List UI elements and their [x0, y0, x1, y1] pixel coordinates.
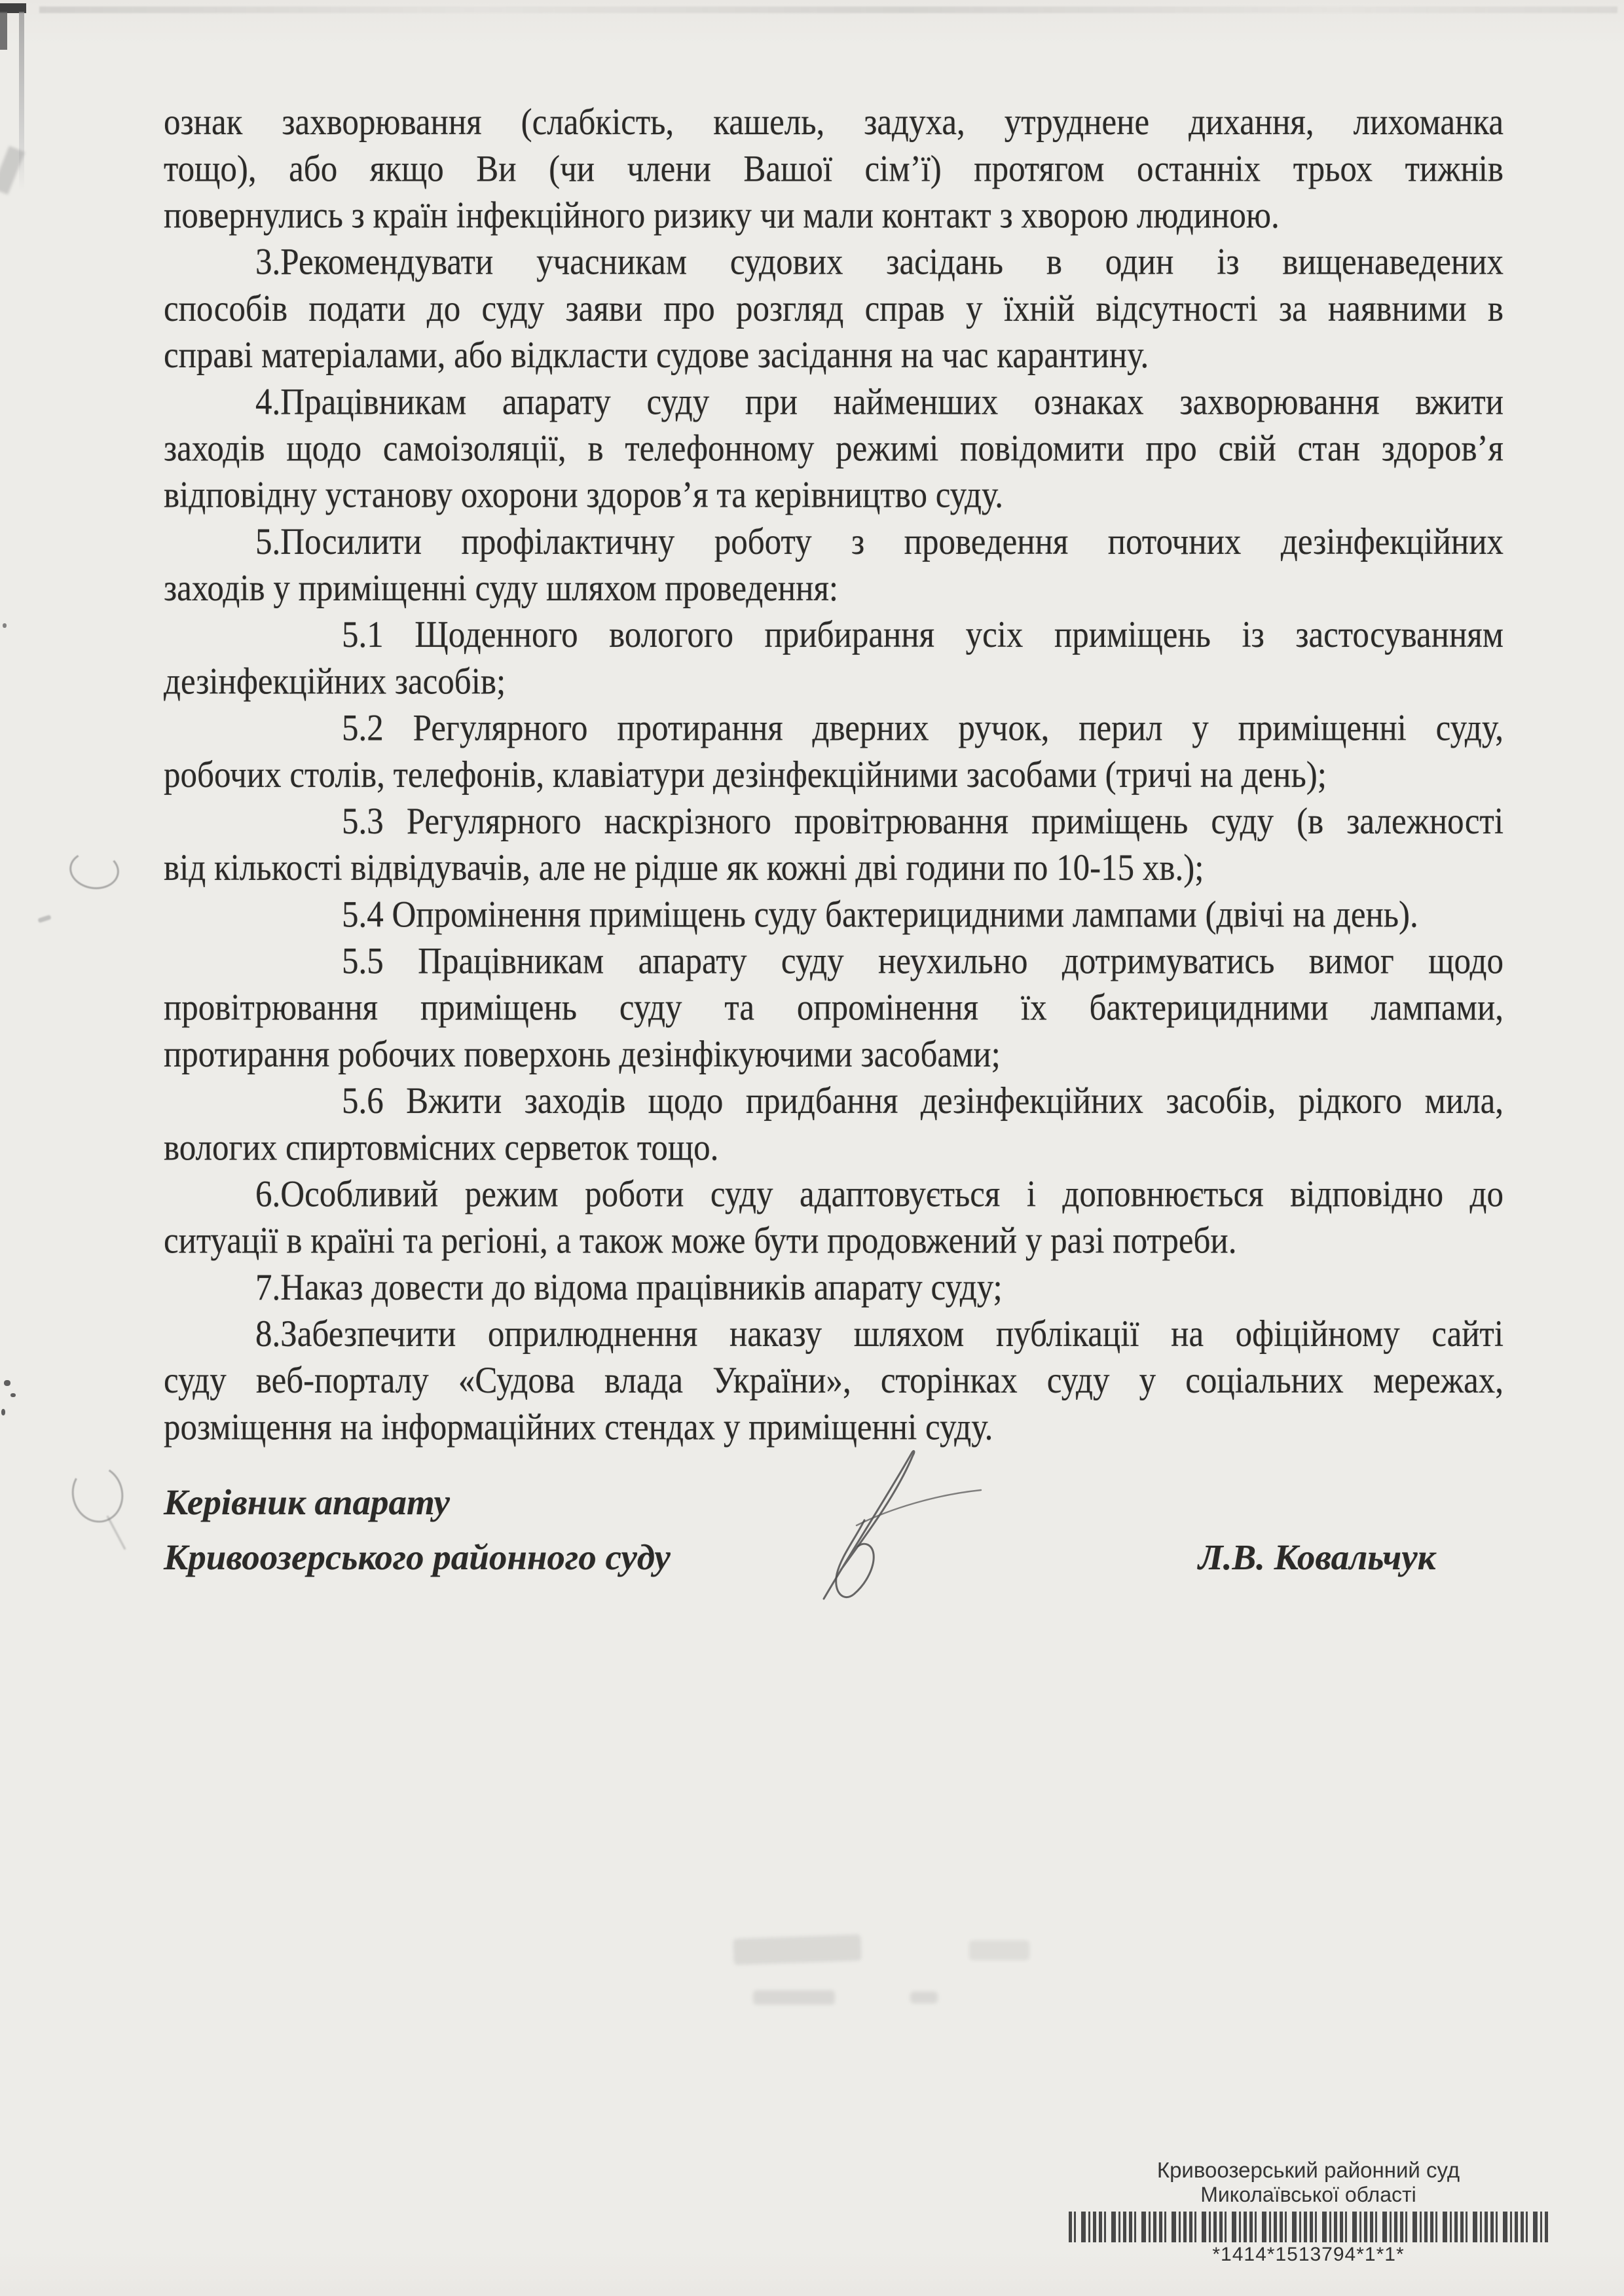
stamp-region: Миколаївської області [1066, 2183, 1551, 2206]
text-line: суду веб-порталу «Судова влада України»,… [164, 1358, 1504, 1404]
ink-speck [3, 623, 7, 628]
text-line: відповідну установу охорони здоров’я та … [164, 473, 1504, 519]
text-line: 5.3 Регулярного наскрізного провітрюванн… [164, 799, 1504, 845]
text-line: дезінфекційних засобів; [164, 659, 1504, 705]
text-line: 5.1 Щоденного вологого прибирання усіх п… [164, 612, 1504, 659]
ink-speck [1, 1409, 5, 1415]
scan-edge-streak [39, 7, 1617, 13]
text-line: 6.Особливий режим роботи суду адаптовуєт… [164, 1171, 1504, 1218]
text-line: ситуації в країні та регіоні, а також мо… [164, 1218, 1504, 1265]
barcode-value: *1414*1513794*1*1* [1066, 2244, 1551, 2266]
text-line: 3.Рекомендувати учасникам судових засіда… [164, 240, 1504, 286]
text-line: від кількості відвідувачів, але не рідше… [164, 845, 1504, 892]
scanned-court-order-page: ознак захворювання (слабкість, кашель, з… [0, 0, 1624, 2296]
text-line: 8.Забезпечити оприлюднення наказу шляхом… [164, 1311, 1504, 1358]
text-line: способів подати до суду заяви про розгля… [164, 286, 1504, 333]
text-line: 5.Посилити профілактичну роботу з провед… [164, 519, 1504, 566]
ghost-stamp-mark [969, 1941, 1029, 1960]
text-line: провітрювання приміщень суду та опроміне… [164, 985, 1504, 1032]
registration-stamp: Кривоозерський районний суд Миколаївсько… [1066, 2158, 1551, 2266]
ink-speck [4, 1380, 10, 1386]
text-line: 7.Наказ довести до відома працівників ап… [164, 1265, 1504, 1311]
paragraph: 7.Наказ довести до відома працівників ап… [164, 1265, 1504, 1311]
scan-artifact-scratch [37, 915, 51, 923]
text-line: протирання робочих поверхонь дезінфікуюч… [164, 1032, 1504, 1078]
text-line: повернулись з країн інфекційного ризику … [164, 192, 1504, 239]
text-line: ознак захворювання (слабкість, кашель, з… [164, 100, 1504, 146]
text-line: 4.Працівникам апарату суду при найменших… [164, 379, 1504, 426]
signatory-role: Керівник апарату [164, 1475, 884, 1530]
paragraph: 5.2 Регулярного протирання дверних ручок… [164, 705, 1504, 798]
ink-speck [10, 1393, 16, 1397]
paragraph: 4.Працівникам апарату суду при найменших… [164, 379, 1504, 519]
paragraph: 3.Рекомендувати учасникам судових засіда… [164, 240, 1504, 380]
text-line: 5.2 Регулярного протирання дверних ручок… [164, 705, 1504, 752]
text-line: вологих спиртовмісних серветок тощо. [164, 1125, 1504, 1171]
signatory-court: Кривоозерського районного суду [164, 1530, 884, 1585]
text-line: заходів щодо самоізоляції, в телефонному… [164, 426, 1504, 472]
text-line: справі матеріалами, або відкласти судове… [164, 333, 1504, 379]
barcode [1069, 2212, 1548, 2242]
text-line: 5.4 Опромінення приміщень суду бактерици… [164, 892, 1504, 938]
paragraph: 5.6 Вжити заходів щодо придбання дезінфе… [164, 1078, 1504, 1171]
text-line: 5.5 Працівникам апарату суду неухильно д… [164, 938, 1504, 985]
document-body: ознак захворювання (слабкість, кашель, з… [164, 100, 1504, 1451]
paragraph: 5.Посилити профілактичну роботу з провед… [164, 519, 1504, 612]
ghost-stamp-mark [910, 1992, 938, 2003]
signature-block: Керівник апарату Кривоозерського районно… [164, 1475, 884, 1585]
punch-hole-tail-mark [107, 1516, 126, 1550]
text-line: робочих столів, телефонів, клавіатури де… [164, 752, 1504, 799]
paragraph: 5.1 Щоденного вологого прибирання усіх п… [164, 612, 1504, 705]
signatory-name: Л.В. Ковальчук [1198, 1530, 1436, 1585]
text-line: 5.6 Вжити заходів щодо придбання дезінфе… [164, 1078, 1504, 1125]
paragraph: 5.5 Працівникам апарату суду неухильно д… [164, 938, 1504, 1078]
paragraph: 6.Особливий режим роботи суду адаптовуєт… [164, 1171, 1504, 1264]
paragraph: 5.4 Опромінення приміщень суду бактерици… [164, 892, 1504, 938]
paragraph: ознак захворювання (слабкість, кашель, з… [164, 100, 1504, 240]
scan-artifact-corner-sliver [0, 12, 7, 50]
text-line: заходів у приміщенні суду шляхом проведе… [164, 566, 1504, 612]
text-line: тощо), або якщо Ви (чи члени Вашої сім’ї… [164, 146, 1504, 192]
handwritten-signature [799, 1427, 1015, 1643]
punch-hole-top [67, 848, 121, 892]
ghost-stamp-mark [753, 1990, 835, 2005]
ghost-stamp-mark [733, 1935, 861, 1965]
paragraph: 5.3 Регулярного наскрізного провітрюванн… [164, 799, 1504, 892]
punch-hole-bottom [66, 1460, 130, 1528]
stamp-court-name: Кривоозерський районний суд [1066, 2158, 1551, 2183]
